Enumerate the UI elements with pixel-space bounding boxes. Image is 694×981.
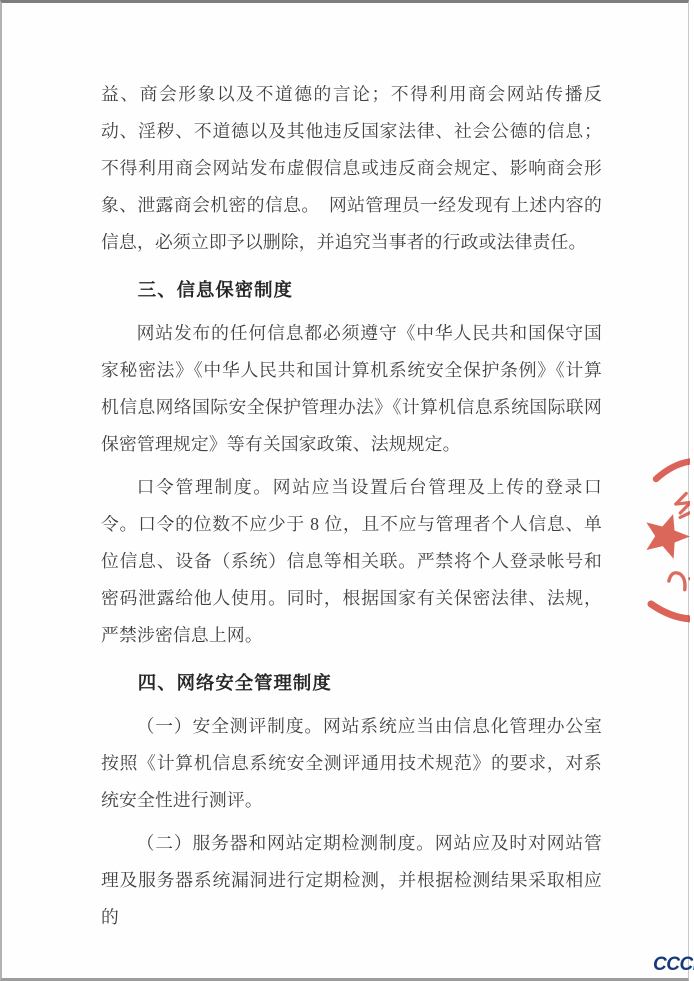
scanned-document-page: 益、商会形象以及不道德的言论；不得利用商会网站传播反动、淫秽、不道德以及其他违反… — [0, 0, 689, 981]
paragraph-server-inspection: （二）服务器和网站定期检测制度。网站应及时对网站管理及服务器系统漏洞进行定期检测… — [101, 825, 602, 936]
paragraph-continuation: 益、商会形象以及不道德的言论；不得利用商会网站传播反动、淫秽、不道德以及其他违反… — [101, 76, 602, 261]
seal-text-fragment-bottom — [668, 565, 690, 592]
section-heading-3: 三、信息保密制度 — [101, 272, 602, 309]
section-heading-4: 四、网络安全管理制度 — [101, 665, 602, 702]
document-body: 益、商会形象以及不道德的言论；不得利用商会网站传播反动、淫秽、不道德以及其他违反… — [101, 70, 602, 942]
paragraph-security-evaluation: （一）安全测评制度。网站系统应当由信息化管理办公室按照《计算机信息系统安全测评通… — [101, 708, 602, 819]
cccb-logo: CCCB — [653, 954, 694, 976]
official-seal-stamp-icon — [582, 453, 690, 628]
paragraph-password-policy: 口令管理制度。网站应当设置后台管理及上传的登录口令。口令的位数不应少于 8 位，… — [101, 469, 602, 654]
cccb-logo-dark-letters: CCC — [653, 954, 693, 975]
seal-text-fragment-top — [672, 493, 690, 518]
seal-arc-top — [656, 461, 690, 479]
paragraph-secrecy-laws: 网站发布的任何信息都必须遵守《中华人民共和国保守国家秘密法》《中华人民共和国计算… — [101, 315, 602, 463]
seal-arc-bottom — [651, 604, 690, 619]
